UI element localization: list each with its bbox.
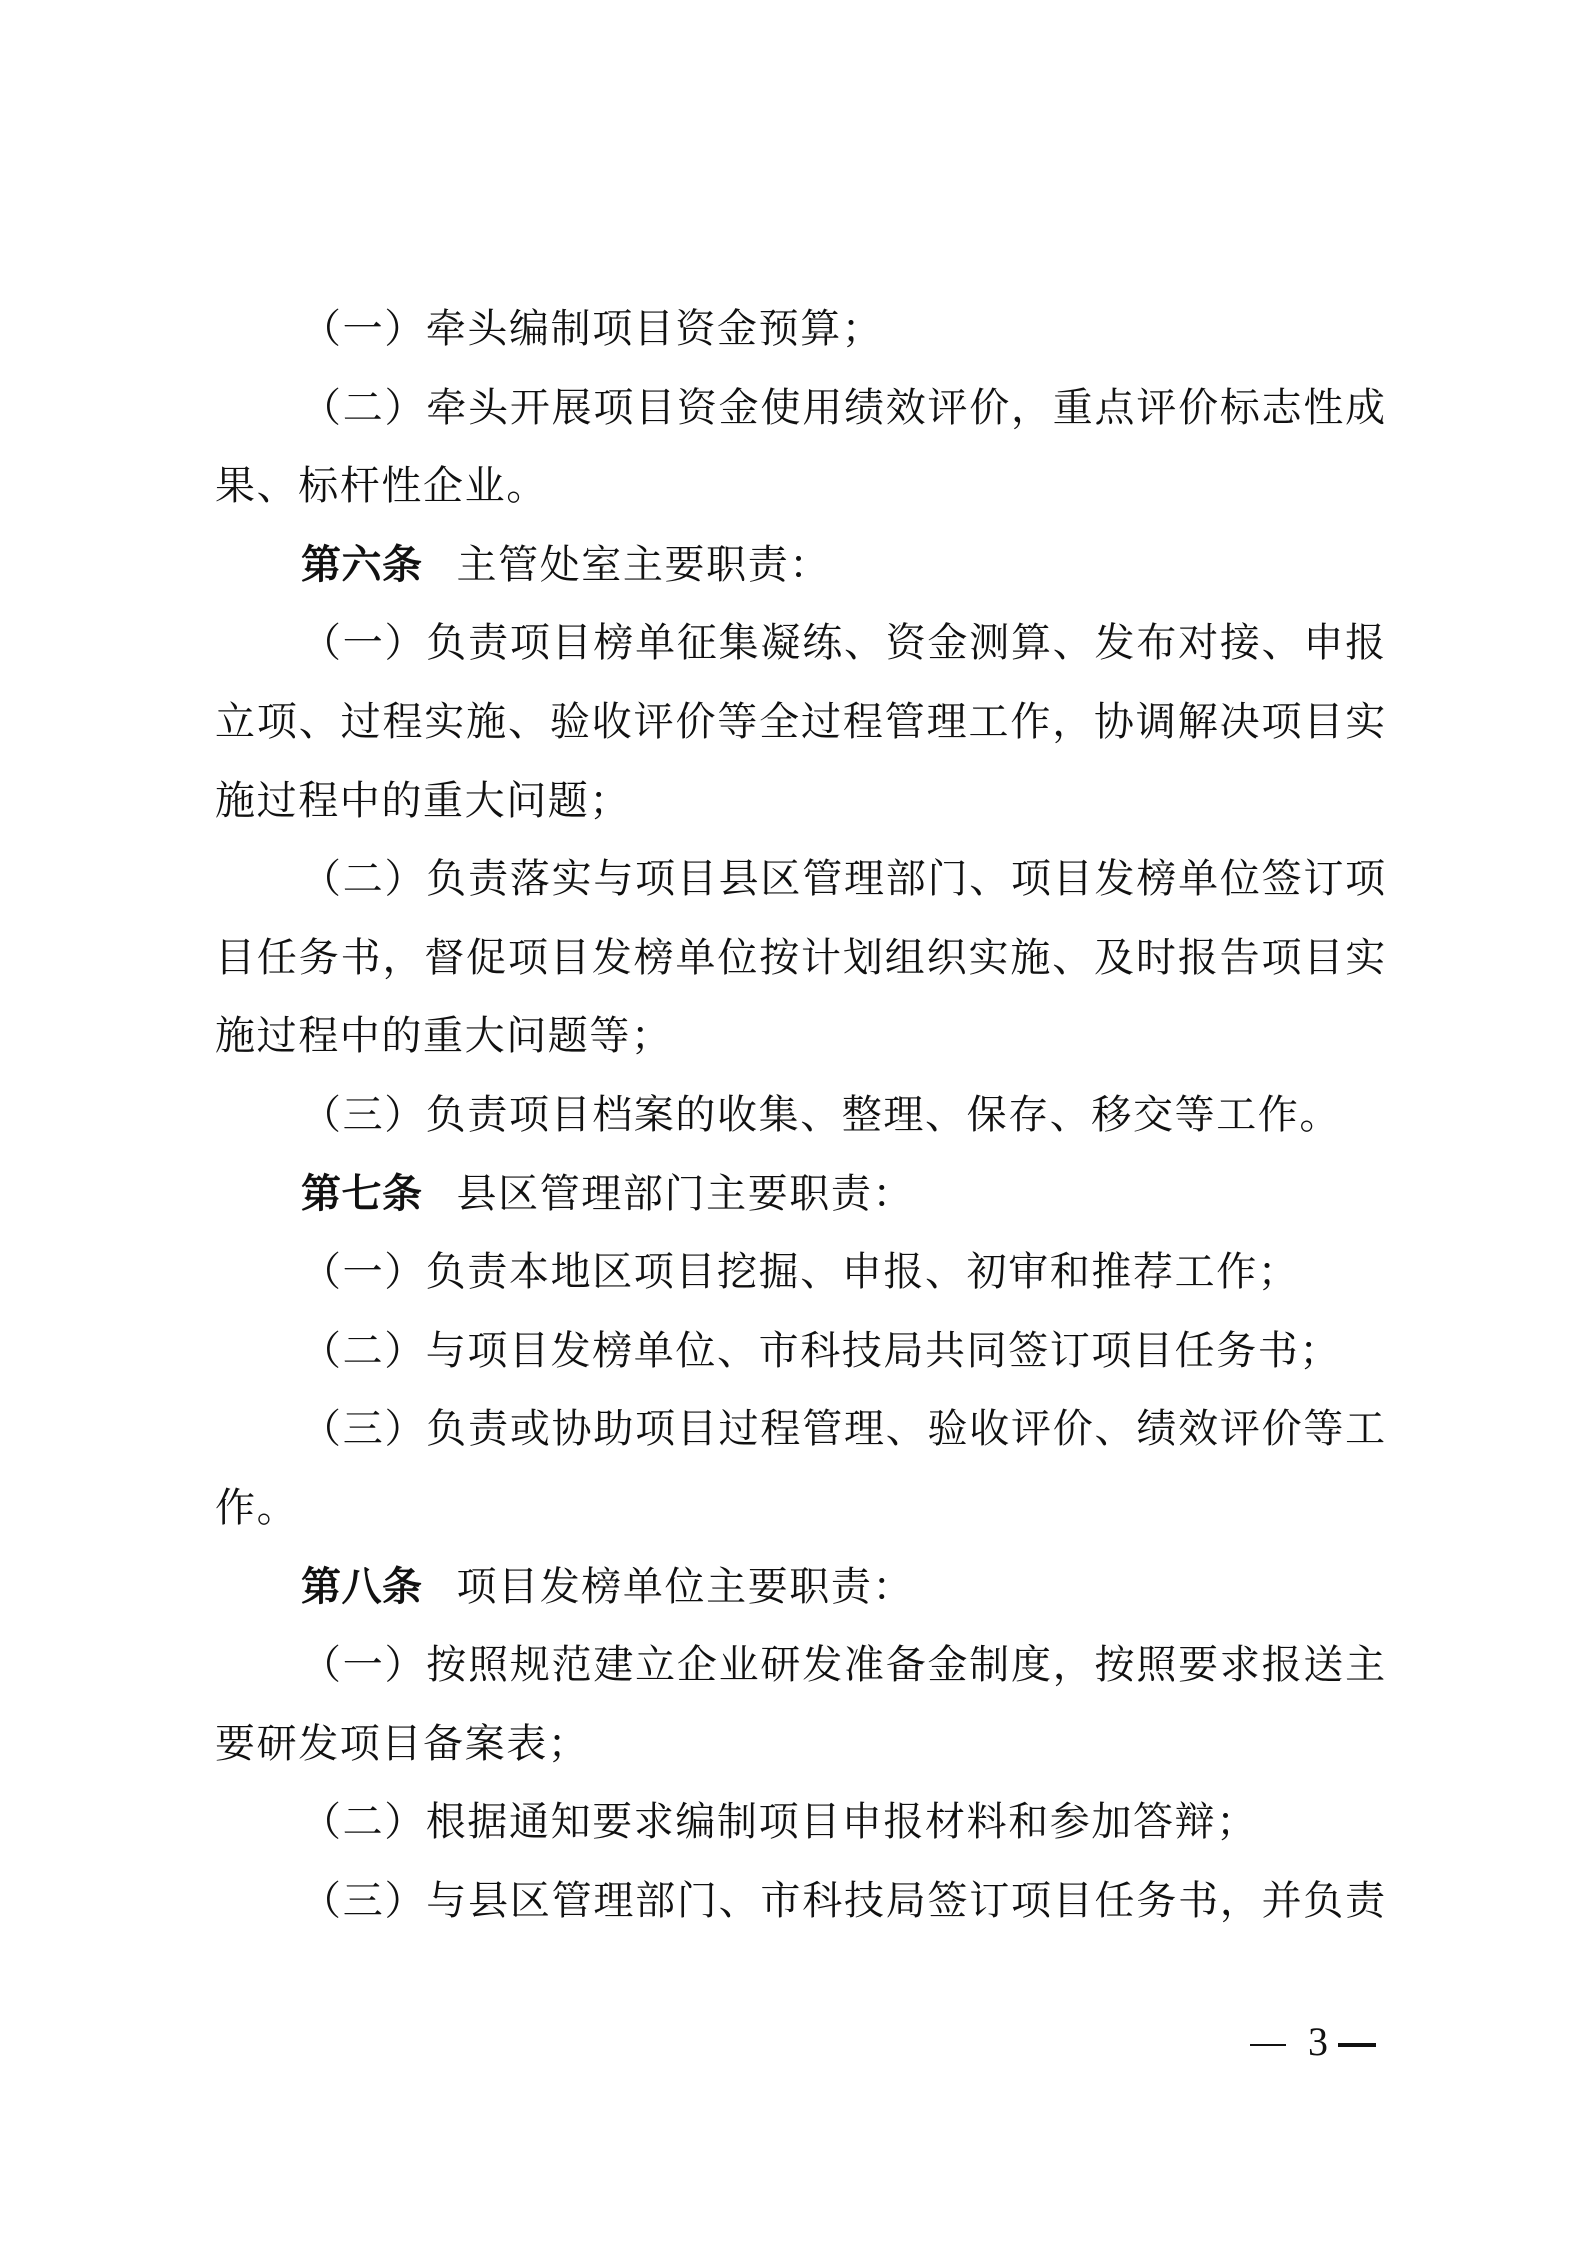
line-text: 施过程中的重大问题等； — [215, 1013, 673, 1059]
list-item-1-duties: （一）负责项目榜单征集凝练、资金测算、发布对接、申报 — [215, 604, 1387, 683]
page-number: 3 — [1250, 2018, 1376, 2066]
article-title: 县区管理部门主要职责： — [457, 1171, 915, 1217]
line-text: 要研发项目备案表； — [215, 1721, 589, 1767]
line-text: （二）牵头开展项目资金使用绩效评价，重点评价标志性成 — [301, 369, 1387, 448]
line-text: 果、标杆性企业。 — [215, 463, 548, 509]
line-text: 施过程中的重大问题； — [215, 778, 631, 824]
line-text: （一）负责本地区项目挖掘、申报、初审和推荐工作； — [301, 1249, 1299, 1295]
dash-right — [1338, 2043, 1376, 2047]
article-heading-six: 第六条主管处室主要职责： — [215, 526, 1387, 605]
continuation-line: 施过程中的重大问题等； — [215, 997, 1387, 1076]
list-item-1-local-projects: （一）负责本地区项目挖掘、申报、初审和推荐工作； — [215, 1233, 1387, 1312]
continuation-line: 目任务书，督促项目发榜单位按计划组织实施、及时报告项目实 — [215, 919, 1387, 998]
list-item-3-process-management: （三）负责或协助项目过程管理、验收评价、绩效评价等工 — [215, 1390, 1387, 1469]
article-title: 主管处室主要职责： — [457, 542, 831, 588]
article-heading-seven: 第七条县区管理部门主要职责： — [215, 1155, 1387, 1234]
dash-left — [1250, 2044, 1286, 2046]
continuation-line: 立项、过程实施、验收评价等全过程管理工作，协调解决项目实 — [215, 683, 1387, 762]
document-page: （一）牵头编制项目资金预算； （二）牵头开展项目资金使用绩效评价，重点评价标志性… — [0, 0, 1588, 2245]
line-text: 作。 — [215, 1485, 298, 1531]
line-text: （一）按照规范建立企业研发准备金制度，按照要求报送主 — [301, 1626, 1387, 1705]
continuation-line: 施过程中的重大问题； — [215, 762, 1387, 841]
list-item-3-archives: （三）负责项目档案的收集、整理、保存、移交等工作。 — [215, 1076, 1387, 1155]
list-item-3-sign-task-book: （三）与县区管理部门、市科技局签订项目任务书，并负责 — [215, 1862, 1387, 1941]
line-text: （二）负责落实与项目县区管理部门、项目发榜单位签订项 — [301, 840, 1387, 919]
list-item-1-rd-reserve: （一）按照规范建立企业研发准备金制度，按照要求报送主 — [215, 1626, 1387, 1705]
list-item-2-application: （二）根据通知要求编制项目申报材料和参加答辩； — [215, 1783, 1387, 1862]
article-heading-eight: 第八条项目发榜单位主要职责： — [215, 1548, 1387, 1627]
continuation-line: 要研发项目备案表； — [215, 1705, 1387, 1784]
line-text: 目任务书，督促项目发榜单位按计划组织实施、及时报告项目实 — [215, 919, 1387, 998]
page-number-value: 3 — [1308, 2018, 1328, 2066]
line-text: （三）与县区管理部门、市科技局签订项目任务书，并负责 — [301, 1862, 1387, 1941]
line-text: 立项、过程实施、验收评价等全过程管理工作，协调解决项目实 — [215, 683, 1387, 762]
list-item-2-evaluation: （二）牵头开展项目资金使用绩效评价，重点评价标志性成 — [215, 369, 1387, 448]
article-label: 第八条 — [301, 1563, 423, 1610]
continuation-line: 作。 — [215, 1469, 1387, 1548]
article-label: 第六条 — [301, 541, 423, 588]
line-text: （一）负责项目榜单征集凝练、资金测算、发布对接、申报 — [301, 604, 1387, 683]
list-item-2-task-book: （二）与项目发榜单位、市科技局共同签订项目任务书； — [215, 1312, 1387, 1391]
article-label: 第七条 — [301, 1170, 423, 1217]
continuation-line: 果、标杆性企业。 — [215, 447, 1387, 526]
line-text: （一）牵头编制项目资金预算； — [301, 306, 883, 352]
article-title: 项目发榜单位主要职责： — [457, 1564, 915, 1610]
line-text: （二）与项目发榜单位、市科技局共同签订项目任务书； — [301, 1328, 1341, 1374]
line-text: （二）根据通知要求编制项目申报材料和参加答辩； — [301, 1799, 1258, 1845]
line-text: （三）负责项目档案的收集、整理、保存、移交等工作。 — [301, 1092, 1341, 1138]
line-text: （三）负责或协助项目过程管理、验收评价、绩效评价等工 — [301, 1390, 1387, 1469]
list-item-2-implementation: （二）负责落实与项目县区管理部门、项目发榜单位签订项 — [215, 840, 1387, 919]
list-item-1-budget: （一）牵头编制项目资金预算； — [215, 290, 1387, 369]
